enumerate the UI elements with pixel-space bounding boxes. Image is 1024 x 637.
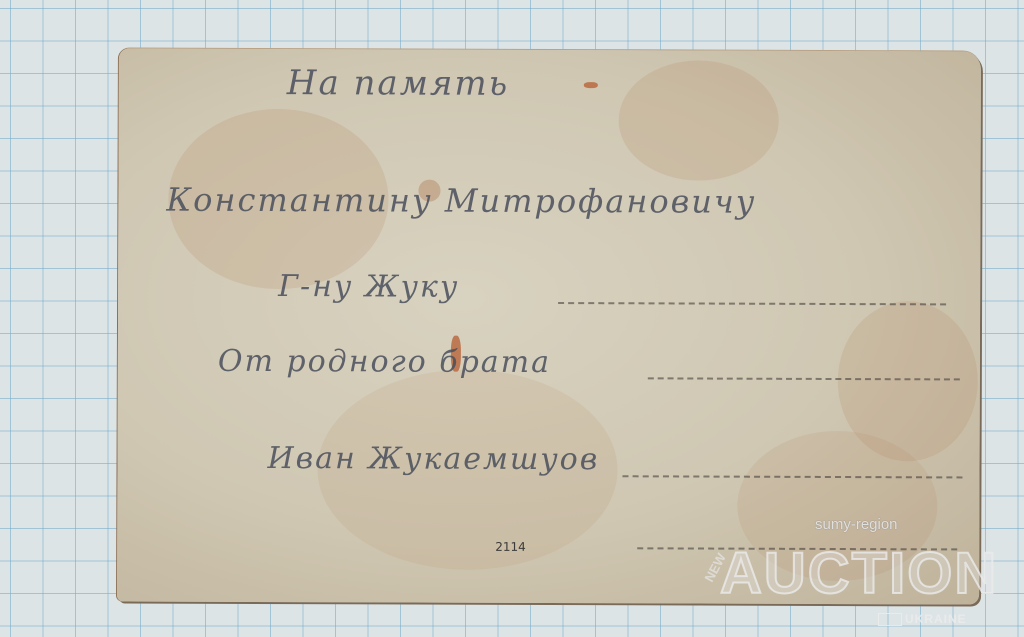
flag-icon [878, 613, 902, 626]
handwriting-line-1: На память [287, 63, 509, 104]
rust-stain [584, 82, 598, 88]
watermark-country: UKRAINE [905, 612, 967, 626]
handwriting-line-3: Г-ну Жуку [278, 269, 459, 305]
address-line [558, 302, 946, 305]
serial-number: 2114 [495, 540, 526, 554]
address-line [648, 377, 960, 380]
handwriting-line-5: Иван Жукаемшуов [267, 441, 599, 477]
watermark-region: sumy-region [815, 516, 898, 533]
handwriting-line-2: Константину Митрофановичу [166, 181, 756, 221]
watermark-auction: AUCTION [720, 545, 998, 603]
handwriting-line-4: От родного брата [218, 344, 551, 380]
stain [619, 60, 779, 181]
